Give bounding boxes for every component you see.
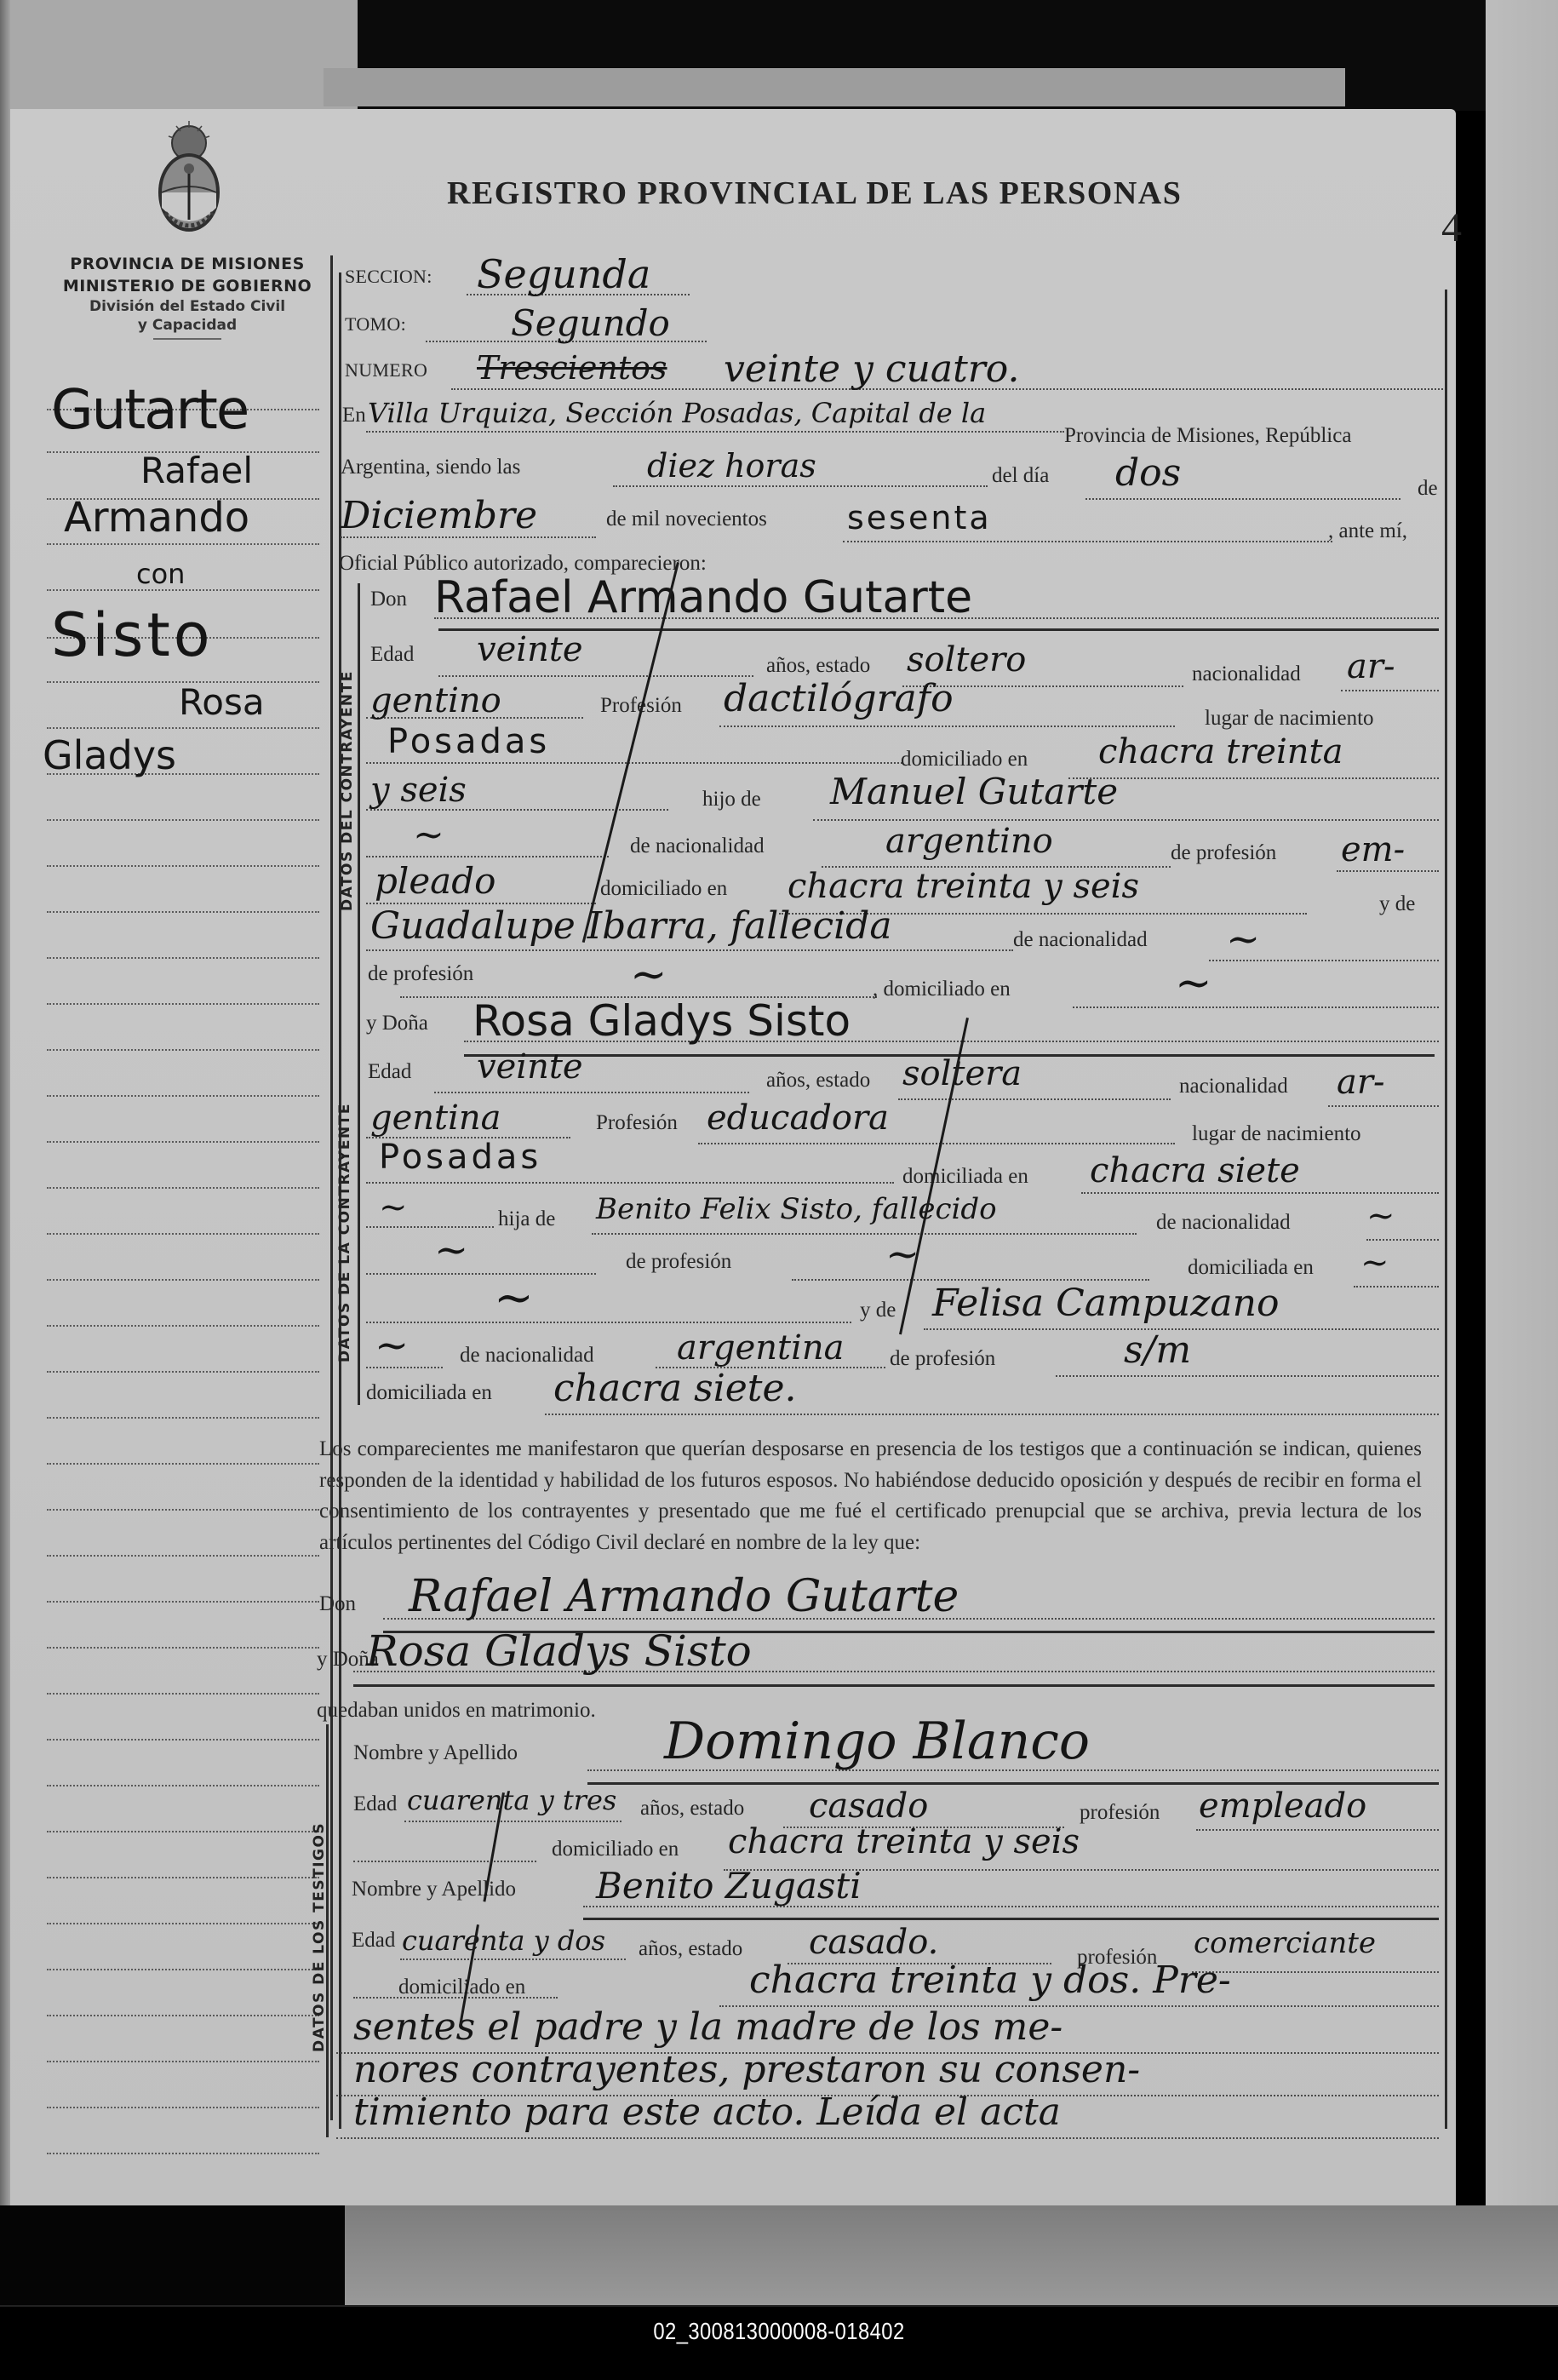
groom-mother-profession: ~ [630, 949, 667, 1001]
groom-section-label: DATOS DEL CONTRAYENTE [339, 670, 356, 911]
groom-domicilio-2: y seis [370, 771, 467, 810]
declaration-closing: quedaban unidos en matrimonio. [317, 1699, 596, 1723]
margin-rule [47, 1739, 319, 1741]
groom-domicilio-1: chacra treinta [1098, 732, 1343, 771]
witness-1-estado: casado [809, 1786, 928, 1826]
witness-1-name-underline [587, 1782, 1439, 1785]
page-number: 4 [1441, 204, 1462, 251]
bride-father-nationality: ~ [1366, 1196, 1395, 1236]
hour-field [613, 485, 988, 487]
bride-mother-prof-label: de profesión [890, 1347, 995, 1371]
bride-mother-profession-field [1056, 1375, 1439, 1377]
groom-nacionalidad-field [1341, 690, 1439, 691]
groom-de-nacionalidad-label: de nacionalidad [630, 834, 765, 858]
bride-domicilio-label: domiciliada en [902, 1165, 1028, 1189]
witness-1-profesion-label: profesión [1080, 1801, 1160, 1825]
argentina-label: Argentina, siendo las [341, 456, 520, 479]
margin-conjunction: con [136, 558, 185, 590]
groom-father-profession-1: em- [1341, 830, 1405, 869]
month-value: Diciembre [341, 494, 537, 537]
groom-don-label: Don [370, 588, 407, 611]
day-value: dos [1115, 451, 1181, 495]
groom-mother-name: Guadalupe Ibarra, fallecida [370, 904, 892, 948]
margin-first-name-bride: Rosa [179, 681, 265, 723]
bride-nacionalidad-label: nacionalidad [1179, 1075, 1288, 1098]
scan-background-left-top [0, 0, 358, 119]
groom-father-profession-2: pleado [375, 860, 495, 902]
declaration-groom-name: Rafael Armando Gutarte [409, 1571, 959, 1622]
bride-mother-domicilio: chacra siete. [553, 1367, 797, 1410]
bride-father-mark-field [366, 1273, 596, 1275]
groom-mother-field [366, 949, 1013, 951]
margin-rule [47, 1325, 319, 1327]
groom-anos-estado-label: años, estado [766, 654, 870, 678]
bride-father-mark: ~ [434, 1226, 468, 1274]
numero-struck-value: Trescientos [477, 349, 667, 387]
margin-rule [47, 957, 319, 959]
bride-profesion-field [698, 1143, 1175, 1144]
groom-nacionalidad-2: gentino [370, 681, 501, 720]
groom-profesion-field [719, 725, 1175, 727]
scan-background-bottom-left [0, 2205, 349, 2308]
declaration-don-label: Don [319, 1592, 356, 1616]
margin-rule [47, 2153, 319, 2154]
groom-age: veinte [477, 630, 583, 669]
declaration-paragraph: Los comparecientes me manifestaron que q… [319, 1434, 1422, 1558]
bride-nacionalidad-1: ar- [1337, 1063, 1384, 1102]
bride-mother-nationality: argentina [677, 1328, 844, 1368]
bride-nacionalidad-2: gentina [370, 1098, 501, 1138]
bride-mother-name: Felisa Campuzano [932, 1282, 1279, 1325]
bride-domicilio: chacra siete [1090, 1151, 1300, 1190]
witness-1-age: cuarenta y tres [407, 1784, 616, 1816]
margin-middle-name-groom: Armando [64, 494, 249, 542]
groom-mother-nac-label: de nacionalidad [1013, 928, 1148, 952]
margin-rule [47, 911, 319, 913]
issuer-province: PROVINCIA DE MISIONES [51, 253, 324, 275]
witness-2-profesion: comerciante [1194, 1926, 1376, 1960]
bride-lugar-field [366, 1182, 894, 1184]
document-title: REGISTRO PROVINCIAL DE LAS PERSONAS [447, 175, 1182, 212]
notes-line-3 [336, 2137, 1439, 2139]
groom-domicilio-label: domiciliado en [901, 748, 1028, 771]
bride-lugar: Posadas [379, 1138, 541, 1177]
scan-caption: 02_300813000008-018402 [117, 2318, 1441, 2345]
groom-mother-nationality: ~ [1226, 915, 1260, 963]
witness-1-age-field [404, 1821, 621, 1822]
bride-lugar-label: lugar de nacimiento [1192, 1122, 1361, 1146]
scan-background-right [1486, 0, 1558, 2214]
margin-rule [47, 1647, 319, 1649]
witness-2-name-underline [583, 1918, 1439, 1920]
bride-nacionalidad-field [1328, 1105, 1439, 1107]
issuer-division: División del Estado Civil [51, 297, 324, 316]
margin-rule [47, 543, 319, 545]
margin-rule [47, 1877, 319, 1878]
margin-rule [47, 1555, 319, 1557]
groom-nacionalidad-label: nacionalidad [1192, 662, 1301, 686]
bride-hija-de-label: hija de [498, 1207, 555, 1231]
margin-rule [47, 2015, 319, 2016]
bride-anos-estado-label: años, estado [766, 1069, 870, 1093]
bride-domicilio-field [1081, 1192, 1439, 1194]
bride-de-profesion-label: de profesión [626, 1250, 731, 1274]
bride-father-dom-label: domiciliada en [1188, 1256, 1314, 1280]
day-field [1085, 498, 1400, 500]
bride-father-field [592, 1233, 1137, 1235]
bride-age-field [434, 1092, 749, 1093]
bride-father-nationality-field [1366, 1239, 1439, 1241]
bride-mother-dom-label: domiciliada en [366, 1381, 492, 1405]
place-field [366, 431, 1064, 433]
groom-father-mark-field [366, 856, 609, 857]
bride-section-border [358, 1005, 360, 1405]
witness-1-profesion: empleado [1199, 1786, 1366, 1826]
year-value: sesenta [847, 499, 992, 536]
margin-rule [47, 1141, 319, 1143]
witness-1-domicilio: chacra treinta y seis [728, 1822, 1080, 1861]
notes-text-1: sentes el padre y la madre de los me- [353, 2005, 1063, 2049]
witness-2-age-field [400, 1958, 626, 1960]
margin-rule [47, 1233, 319, 1235]
groom-section-border [358, 583, 360, 1035]
witness-1-edad-label: Edad [353, 1792, 397, 1816]
witness-2-domicilio: chacra treinta y dos. Pre- [749, 1958, 1231, 2002]
margin-rule [47, 1785, 319, 1786]
margin-rule [47, 1831, 319, 1832]
issuer-ministry: MINISTERIO DE GOBIERNO [51, 275, 324, 297]
groom-father-domicilio: chacra treinta y seis [788, 867, 1139, 906]
seccion-value: Segunda [477, 251, 650, 297]
bride-father-dom-cont-field [366, 1322, 851, 1323]
groom-father-name: Manuel Gutarte [830, 771, 1118, 812]
groom-mother-prof-label: de profesión [368, 962, 473, 986]
bride-mother-mark: ~ [375, 1322, 409, 1369]
groom-estado: soltero [907, 640, 1026, 680]
place-suffix: Provincia de Misiones, República [1064, 424, 1351, 448]
margin-rule [47, 1463, 319, 1465]
groom-domicilio-field [1068, 777, 1439, 779]
groom-father-field [813, 819, 1439, 821]
bride-profesion: educadora [707, 1098, 889, 1138]
bride-estado: soltera [902, 1054, 1022, 1093]
margin-rule [47, 1279, 319, 1281]
witness-1-blank-field [353, 1861, 536, 1862]
witness-2-estado: casado. [809, 1923, 938, 1962]
witness-1-profesion-field [1196, 1829, 1439, 1831]
margin-divider [330, 255, 333, 2120]
groom-father-profession-field [1337, 870, 1439, 872]
witness-2-edad-label: Edad [352, 1929, 395, 1953]
scan-page-edge-strip [324, 68, 1345, 106]
margin-rule [47, 1187, 319, 1189]
bride-mark-1: ~ [379, 1188, 408, 1227]
witness-2-nombre-label: Nombre y Apellido [352, 1878, 516, 1901]
del-dia-label: del día [992, 464, 1049, 488]
bride-mother-profession: s/m [1124, 1328, 1191, 1372]
bride-father-profession-field [792, 1279, 1149, 1281]
groom-y-de-label: y de [1379, 892, 1415, 916]
issuer-underline [153, 338, 221, 340]
witness-1-domicilio-label: domiciliado en [552, 1838, 679, 1861]
bride-profesion-label: Profesión [596, 1111, 678, 1135]
margin-rule [47, 2061, 319, 2062]
margin-first-name-groom: Rafael [140, 450, 253, 491]
bride-de-nacionalidad-label: de nacionalidad [1156, 1211, 1291, 1235]
groom-hijo-de-label: hijo de [702, 788, 761, 811]
bride-mother-domicilio-field [545, 1414, 1439, 1415]
witness-section-label: DATOS DE LOS TESTIGOS [311, 1822, 328, 2052]
margin-rule [47, 1969, 319, 1970]
margin-rule [47, 1049, 319, 1051]
year-field [843, 541, 1332, 542]
groom-nacionalidad-1: ar- [1347, 647, 1395, 686]
year-prefix: de mil novecientos [606, 508, 767, 531]
groom-mother-dom-label: , domiciliado en [873, 978, 1011, 1001]
month-field [341, 536, 596, 538]
bride-father-domicilio-field [1354, 1286, 1439, 1287]
groom-profesion: dactilógrafo [724, 677, 954, 720]
witness-2-name: Benito Zugasti [596, 1865, 862, 1907]
groom-father-mark: ~ [413, 813, 444, 857]
bride-father-dom-cont: ~ [494, 1270, 534, 1326]
margin-rule [47, 819, 319, 821]
witness-2-domicilio-label: domiciliado en [398, 1976, 525, 1999]
margin-rule [47, 1003, 319, 1005]
margin-rule [47, 1923, 319, 1924]
bride-mother-nac-label: de nacionalidad [460, 1344, 594, 1368]
de-label: de [1418, 477, 1438, 501]
bride-y-de-label: y de [860, 1299, 896, 1322]
margin-rule [47, 1509, 319, 1511]
body-right-border [1445, 290, 1447, 2129]
scan-background-bottom [345, 2205, 1558, 2308]
groom-lugar-field [366, 762, 902, 764]
witness-2-age: cuarenta y dos [402, 1924, 605, 1957]
numero-value: veinte y cuatro. [724, 347, 1020, 391]
issuer-capacity: y Capacidad [51, 316, 324, 335]
margin-rule [47, 727, 319, 729]
numero-label: NUMERO [345, 359, 427, 381]
margin-rule [47, 1693, 319, 1695]
tomo-value: Segundo [511, 302, 670, 344]
margin-middle-name-bride: Gladys [43, 732, 176, 778]
issuer-block: PROVINCIA DE MISIONES MINISTERIO DE GOBI… [51, 253, 324, 340]
bride-estado-field [898, 1098, 1171, 1100]
groom-father-nationality: argentino [885, 822, 1053, 861]
margin-rule [47, 2107, 319, 2108]
bride-father-name: Benito Felix Sisto, fallecido [596, 1192, 997, 1226]
bride-father-domicilio: ~ [1360, 1243, 1389, 1282]
margin-rule [47, 1601, 319, 1603]
groom-mother-domicilio: ~ [1175, 958, 1212, 1009]
groom-father-domicilio-label: domiciliado en [600, 877, 727, 901]
margin-rule [47, 865, 319, 867]
place-value: Villa Urquiza, Sección Posadas, Capital … [368, 397, 986, 429]
bride-section-label: DATOS DE LA CONTRAYENTE [336, 1103, 353, 1362]
ante-mi-label: , ante mí, [1328, 519, 1407, 543]
witness-2-anos-estado-label: años, estado [639, 1937, 742, 1961]
groom-de-profesion-label: de profesión [1171, 841, 1276, 865]
hour-value: diez horas [647, 447, 816, 485]
groom-name-underline [438, 628, 1439, 631]
bride-dona-label: y Doña [366, 1012, 428, 1035]
witness-1-anos-estado-label: años, estado [640, 1797, 744, 1821]
bride-age: veinte [477, 1047, 583, 1087]
bride-edad-label: Edad [368, 1060, 411, 1084]
margin-surname-bride: Sisto [51, 600, 214, 670]
book-spine-edge [0, 0, 10, 2205]
seccion-label: SECCION: [345, 266, 432, 288]
witness-1-name: Domingo Blanco [664, 1712, 1090, 1771]
notes-text-2: nores contrayentes, prestaron su consen- [353, 2048, 1140, 2091]
groom-mother-domicilio-field [1073, 1006, 1439, 1008]
groom-lugar: Posadas [387, 722, 550, 761]
groom-edad-label: Edad [370, 643, 414, 667]
declaration-bride-underline [353, 1684, 1435, 1687]
witness-1-nombre-label: Nombre y Apellido [353, 1741, 518, 1765]
groom-age-field [438, 675, 753, 677]
groom-name: Rafael Armando Gutarte [434, 572, 972, 623]
margin-surname-groom: Gutarte [51, 379, 248, 442]
notes-text-3: timiento para este acto. Leída el acta [353, 2090, 1061, 2134]
tomo-label: TOMO: [345, 313, 406, 335]
margin-rule [47, 1095, 319, 1097]
bride-name: Rosa Gladys Sisto [473, 996, 851, 1046]
margin-rule [47, 1371, 319, 1373]
coat-of-arms-icon [146, 119, 232, 240]
margin-rule [47, 1417, 319, 1419]
en-label: En [342, 404, 366, 427]
groom-lugar-label: lugar de nacimiento [1205, 707, 1374, 731]
declaration-bride-name: Rosa Gladys Sisto [366, 1626, 752, 1676]
